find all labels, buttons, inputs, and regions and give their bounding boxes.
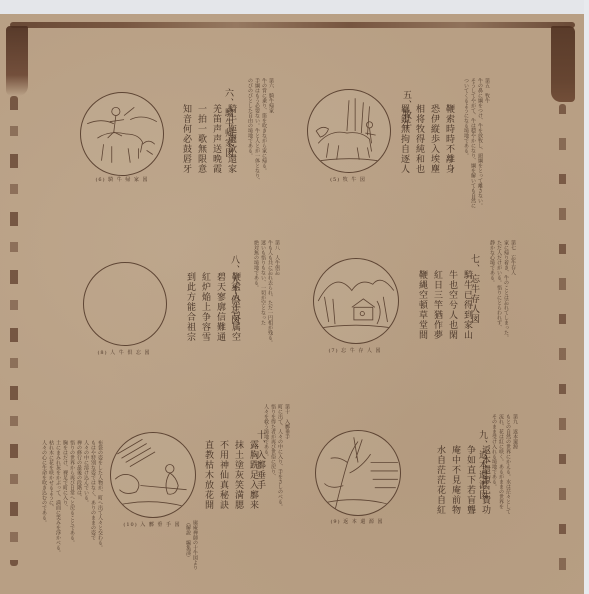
- verse-body-7: 騎牛已得到家山 牛也空兮人也閑 紅日三竿猶作夢 鞭縄空頓草堂間: [414, 270, 474, 380]
- long-commentary-10: 布袋の姿をした人物が、町へ出て人々と交わる。 もはや特別な姿ではなく、ありのまま…: [40, 440, 103, 570]
- illustration-riding-ox-home: [80, 92, 164, 176]
- commentary-9: 第九 返本還源 もとの自然の世界にかえる。水は茫々として 流れ、花は紅に咲く。あ…: [490, 414, 518, 584]
- rider-on-ox-icon: [81, 93, 163, 175]
- verse-body-10: 露胸跣足入鄽来 抹土塗灰笑満腮 不用神仙真秘訣 直教枯木放花開: [200, 440, 260, 550]
- caption-9: (9) 返 本 還 源 図: [318, 518, 396, 525]
- verse-body-5: 鞭索時時不離身 恐伊縦歩入埃塵 相将牧得純和也 羈鎖無拘自逐人: [396, 104, 456, 214]
- ink-border-right: [559, 104, 566, 574]
- illustration-return-to-source: [315, 430, 401, 516]
- market-scene-icon: [111, 433, 195, 517]
- hermitage-landscape-icon: [314, 259, 398, 343]
- commentary-5: 第五 牧牛 牛の鼻に綱をつけ、牛を放牧し、頭綱をとって離さない。 そうしてやがて…: [462, 78, 490, 258]
- ink-border-corner-top-left: [6, 26, 28, 96]
- illustration-ox-forgotten: [313, 258, 399, 344]
- verse-body-9: 返本還源已費功 争如直下若盲聾 庵中不見庵前物 水自茫茫花自紅: [432, 445, 492, 555]
- verse-body-6: 騎牛迤邐欲還家 羌笛声声送晩霞 一拍一歌無限意 知音何必鼓唇牙: [178, 104, 238, 214]
- scan-background-edge: [584, 0, 589, 594]
- illustration-herding-ox: [307, 89, 391, 173]
- caption-5: (5) 牧 牛 図: [310, 176, 386, 183]
- illustration-entering-market: [110, 432, 196, 518]
- ox-and-herder-icon: [308, 90, 390, 172]
- caption-6: (6) 騎 牛 帰 家 図: [84, 176, 160, 183]
- commentary-7: 第七 忘牛存人 家に帰り着き、牛のことは忘れてしまった。 ただ人だけがいる。悟り…: [488, 240, 516, 430]
- ink-border-corner-top-right: [551, 26, 575, 102]
- commentary-8: 第八 人牛倶忘 牛も人も共に忘れ去られ、ただ一円相が残る。 迷いも悟りもない、一…: [252, 240, 280, 430]
- caption-10: (10) 入 鄽 垂 手 図: [113, 521, 191, 528]
- verse-body-8: 鞭索人牛尽属空 碧天寥廓信難通 紅炉焔上争容雪 到此方能合祖宗: [182, 272, 242, 382]
- plum-tree-stream-icon: [316, 431, 400, 515]
- caption-8: (8) 人 牛 倶 忘 図: [86, 349, 162, 356]
- ink-border-left: [10, 96, 18, 566]
- caption-7: (7) 忘 牛 存 人 図: [316, 347, 394, 354]
- ink-border-top: [10, 22, 575, 28]
- commentary-10: 第十 入鄽垂手 町に出て、人々の中に入り、手をさしのべる。 悟りを得た者が再び世…: [262, 404, 290, 554]
- illustration-empty-circle: [83, 262, 167, 346]
- source-note-10: 廓庵禅師の十牛図より （解説 編集部）: [184, 520, 198, 580]
